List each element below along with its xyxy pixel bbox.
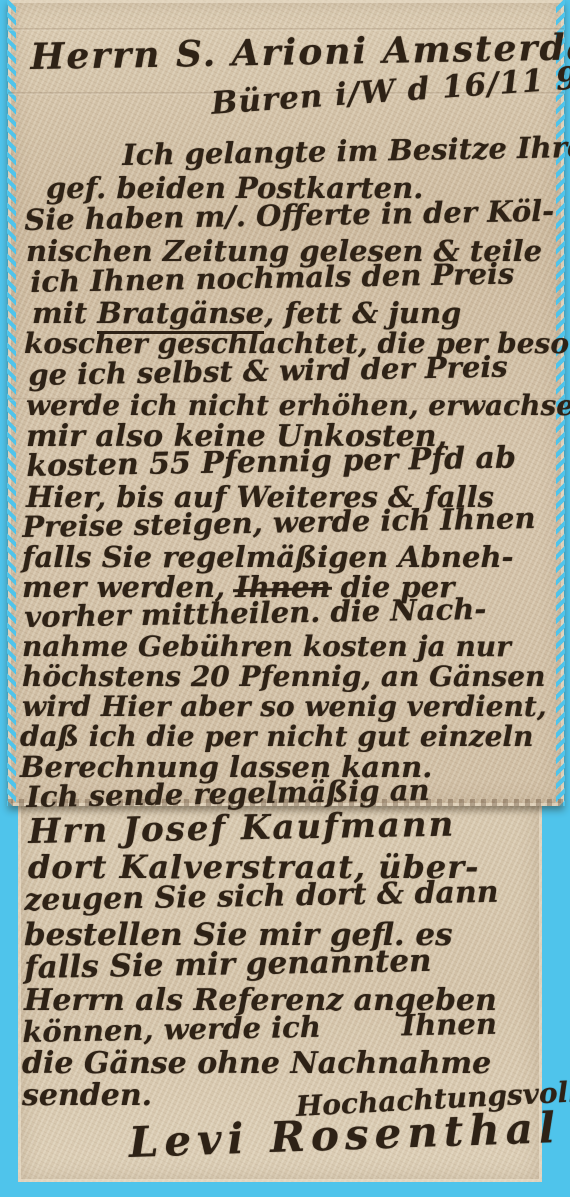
fold-crease (8, 398, 564, 401)
scanned-letter-page: { "colors": { "background_color": "#4fc4… (0, 0, 570, 1197)
perforated-edge-bottom (8, 799, 564, 806)
letter-sheet-top (8, 0, 564, 806)
perforated-edge-right (556, 0, 565, 806)
perforated-edge-left (7, 0, 16, 806)
fold-crease (8, 28, 564, 31)
letter-sheet-bottom (18, 792, 542, 1182)
fold-crease (8, 92, 564, 95)
